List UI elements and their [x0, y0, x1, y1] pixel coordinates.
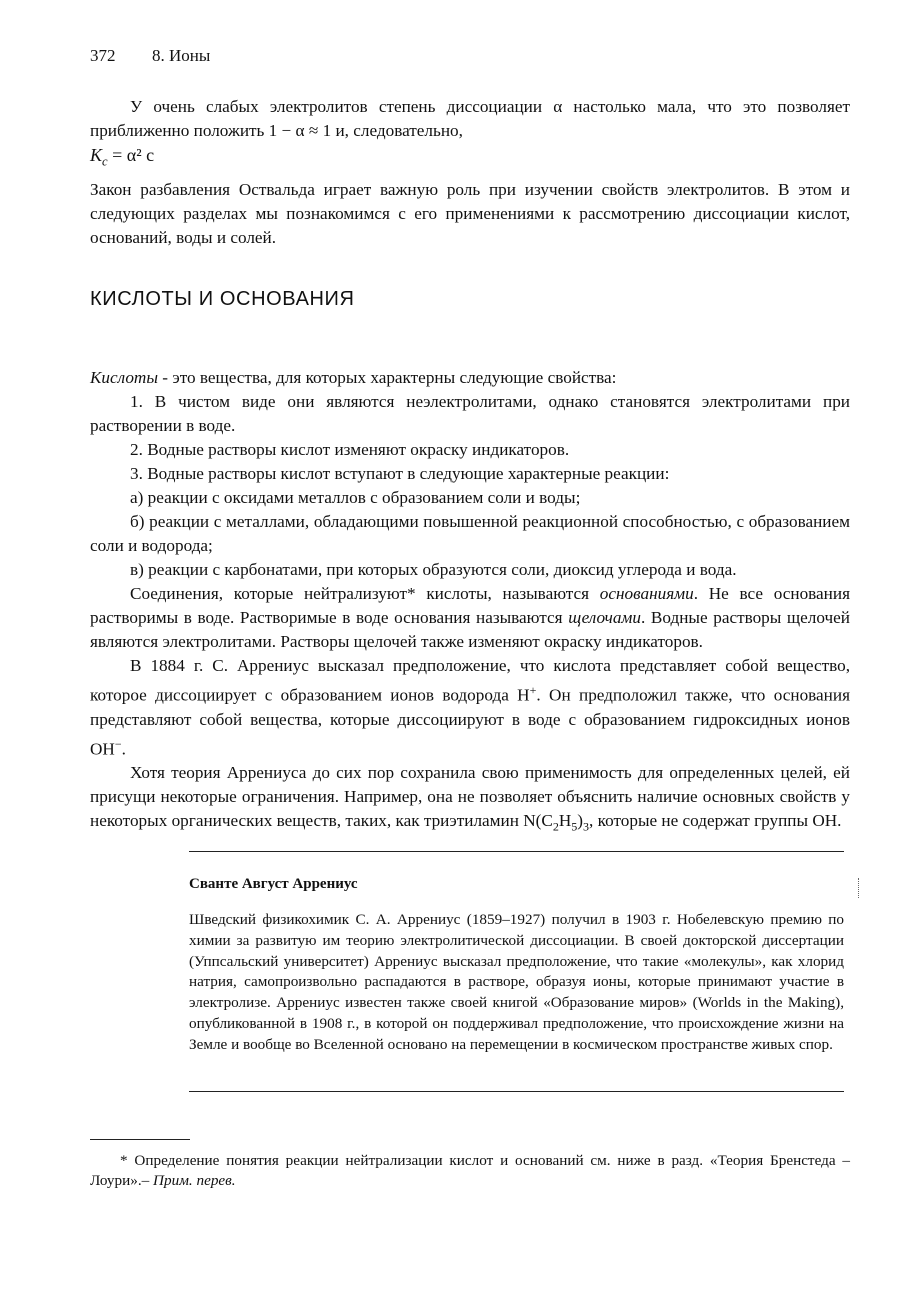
page-number: 372	[90, 46, 152, 66]
running-header: 3728. Ионы	[90, 46, 210, 66]
footnote-rule	[90, 1139, 190, 1140]
biography-text: Шведский физикохимик С. А. Аррениус (185…	[189, 910, 844, 1056]
lead-paragraph: Кислоты - это вещества, для которых хара…	[90, 366, 850, 390]
list-item: 2. Водные растворы кислот изменяют окрас…	[90, 438, 850, 462]
chapter-title: 8. Ионы	[152, 46, 210, 65]
lead-term: Кислоты	[90, 368, 158, 387]
box-top-rule	[189, 851, 844, 852]
footnote: * Определение понятия реакции нейтрализа…	[90, 1151, 850, 1191]
intro-paragraph-2: Закон разбавления Оствальда играет важну…	[90, 178, 850, 250]
arrhenius-paragraph: В 1884 г. С. Аррениус высказал предполож…	[90, 654, 850, 761]
list-item: а) реакции с оксидами металлов с образов…	[90, 486, 850, 510]
translator-note: Прим. перев.	[153, 1172, 236, 1189]
list-item: 1. В чистом виде они являются неэлектрол…	[90, 390, 850, 438]
intro-paragraph-1: У очень слабых электролитов степень дисс…	[90, 95, 850, 143]
box-bottom-rule	[189, 1091, 844, 1092]
list-item: б) реакции с металлами, обладающими повы…	[90, 510, 850, 558]
list-item: 3. Водные растворы кислот вступают в сле…	[90, 462, 850, 486]
section-body: Кислоты - это вещества, для которых хара…	[90, 366, 850, 839]
scan-mark	[858, 878, 860, 898]
list-item: в) реакции с карбонатами, при которых об…	[90, 558, 850, 582]
section-heading: КИСЛОТЫ И ОСНОВАНИЯ	[90, 288, 355, 311]
bases-paragraph: Соединения, которые нейтрализуют* кислот…	[90, 582, 850, 654]
ostwald-formula: Kc = α² c	[90, 145, 154, 170]
biography-title: Сванте Август Аррениус	[189, 876, 358, 893]
limitations-paragraph: Хотя теория Аррениуса до сих пор сохрани…	[90, 761, 850, 838]
